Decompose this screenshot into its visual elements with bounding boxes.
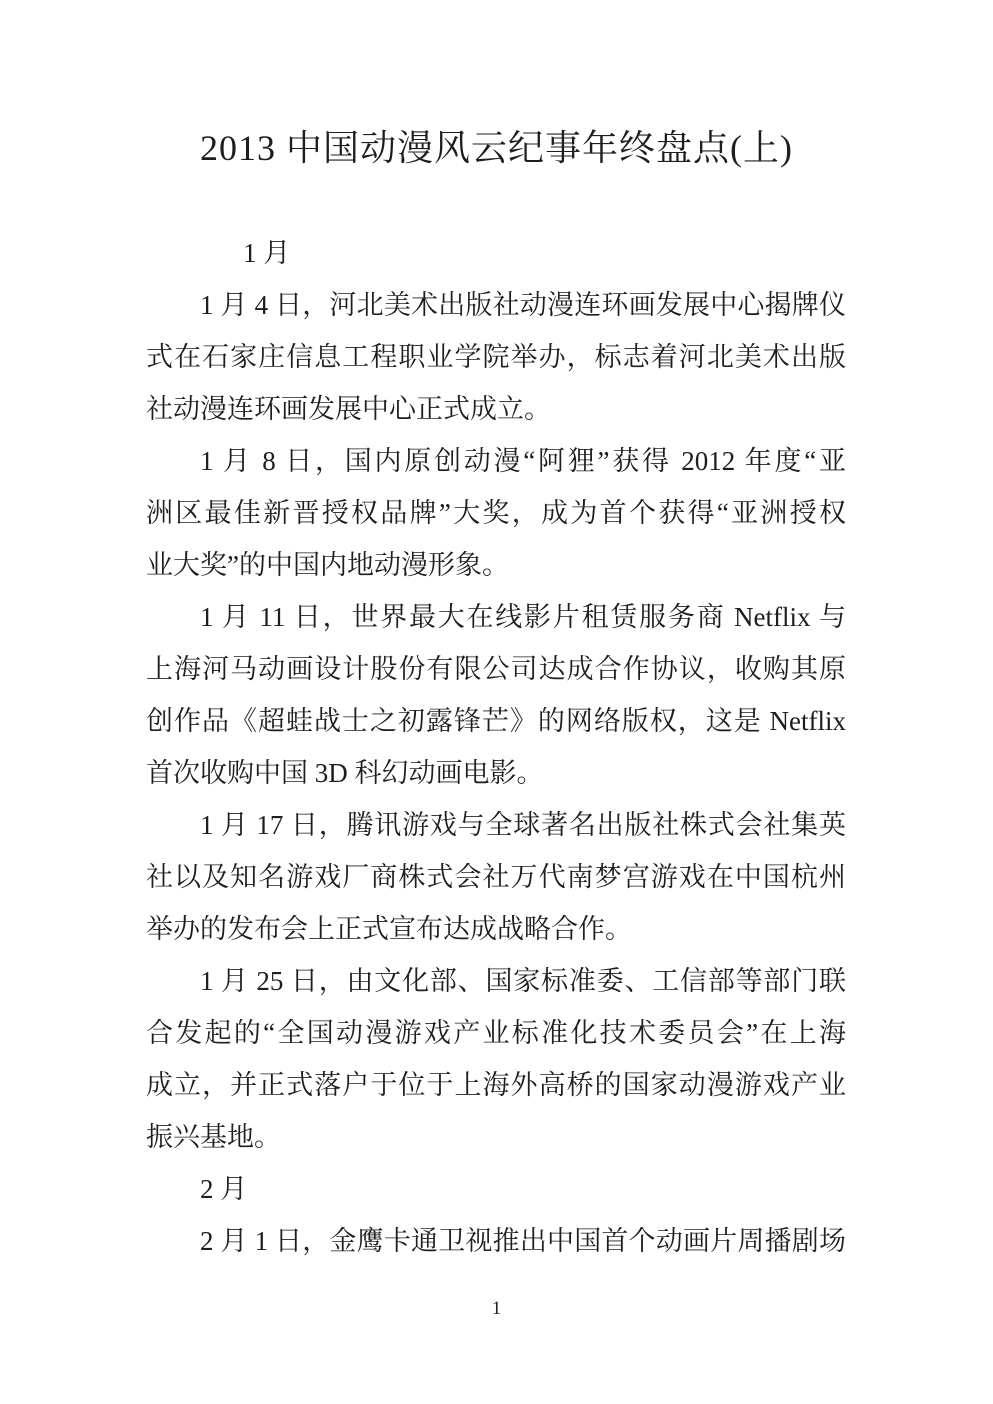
text-line: 上海河马动画设计股份有限公司达成合作协议，收购其原 <box>146 643 846 695</box>
text-line-month-header: 1 月 <box>146 227 846 279</box>
text-line: 1 月 25 日，由文化部、国家标准委、工信部等部门联 <box>146 955 846 1007</box>
text-line: 式在石家庄信息工程职业学院举办，标志着河北美术出版 <box>146 331 846 383</box>
document-body: 1 月 1 月 4 日，河北美术出版社动漫连环画发展中心揭牌仪 式在石家庄信息工… <box>146 227 846 1267</box>
text-line: 1 月 17 日，腾讯游戏与全球著名出版社株式会社集英 <box>146 799 846 851</box>
text-line: 1 月 8 日，国内原创动漫“阿狸”获得 2012 年度“亚 <box>146 435 846 487</box>
text-line: 2 月 1 日，金鹰卡通卫视推出中国首个动画片周播剧场 <box>146 1215 846 1267</box>
text-line: 1 月 4 日，河北美术出版社动漫连环画发展中心揭牌仪 <box>146 279 846 331</box>
text-line: 成立，并正式落户于位于上海外高桥的国家动漫游戏产业 <box>146 1059 846 1111</box>
text-line: 振兴基地。 <box>146 1111 846 1163</box>
text-line: 举办的发布会上正式宣布达成战略合作。 <box>146 903 846 955</box>
text-line: 1 月 11 日，世界最大在线影片租赁服务商 Netflix 与 <box>146 591 846 643</box>
document-page: 2013 中国动漫风云纪事年终盘点(上) 1 月 1 月 4 日，河北美术出版社… <box>0 0 993 1404</box>
text-line-month-header: 2 月 <box>146 1163 846 1215</box>
text-line: 业大奖”的中国内地动漫形象。 <box>146 539 846 591</box>
page-number: 1 <box>0 1294 993 1324</box>
text-line: 合发起的“全国动漫游戏产业标准化技术委员会”在上海 <box>146 1007 846 1059</box>
text-line: 社动漫连环画发展中心正式成立。 <box>146 383 846 435</box>
document-title: 2013 中国动漫风云纪事年终盘点(上) <box>0 120 993 176</box>
text-line: 洲区最佳新晋授权品牌”大奖，成为首个获得“亚洲授权 <box>146 487 846 539</box>
text-line: 社以及知名游戏厂商株式会社万代南梦宫游戏在中国杭州 <box>146 851 846 903</box>
text-line: 创作品《超蛙战士之初露锋芒》的网络版权，这是 Netflix <box>146 695 846 747</box>
text-line: 首次收购中国 3D 科幻动画电影。 <box>146 747 846 799</box>
